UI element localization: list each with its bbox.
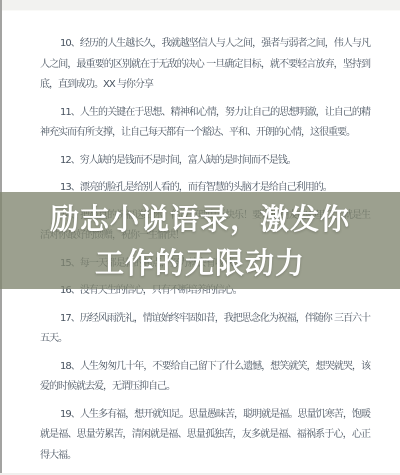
- quote-item-11: 11、人生的关键在于思想、精神和心情，努力让自己的思想明澈，让自己的精神充实而有…: [40, 103, 370, 144]
- top-band: [0, 0, 400, 11]
- overlay-title-line1: 励志小说语录，激发你: [50, 197, 350, 241]
- quote-item-19: 19、人生多有福，想开就知足。思量愚昧苦，聪明就是福。思量饥寒苦，饱暖就是福、思…: [40, 405, 370, 467]
- overlay-title-line2: 工作的无限动力: [95, 241, 305, 285]
- quote-item-18: 18、人生匆匆几十年，不要给自己留下了什么遗憾，想笑就笑，想哭就哭，该爱的时候就…: [40, 357, 370, 398]
- quote-item-12: 12、穷人缺的是钱而不是时间，富人缺的是时间而不是钱。: [40, 151, 370, 172]
- title-overlay: 励志小说语录，激发你 工作的无限动力: [0, 192, 400, 289]
- quote-item-17: 17、历经风雨洗礼，情谊始终牢固如昔，我把思念化为祝福，伴随你 三百六十五天。: [40, 309, 370, 350]
- quote-item-10: 10、经历的人生越长久，我就越坚信人与人之间，强者与弱者之间，伟人与凡人之间，最…: [40, 34, 370, 96]
